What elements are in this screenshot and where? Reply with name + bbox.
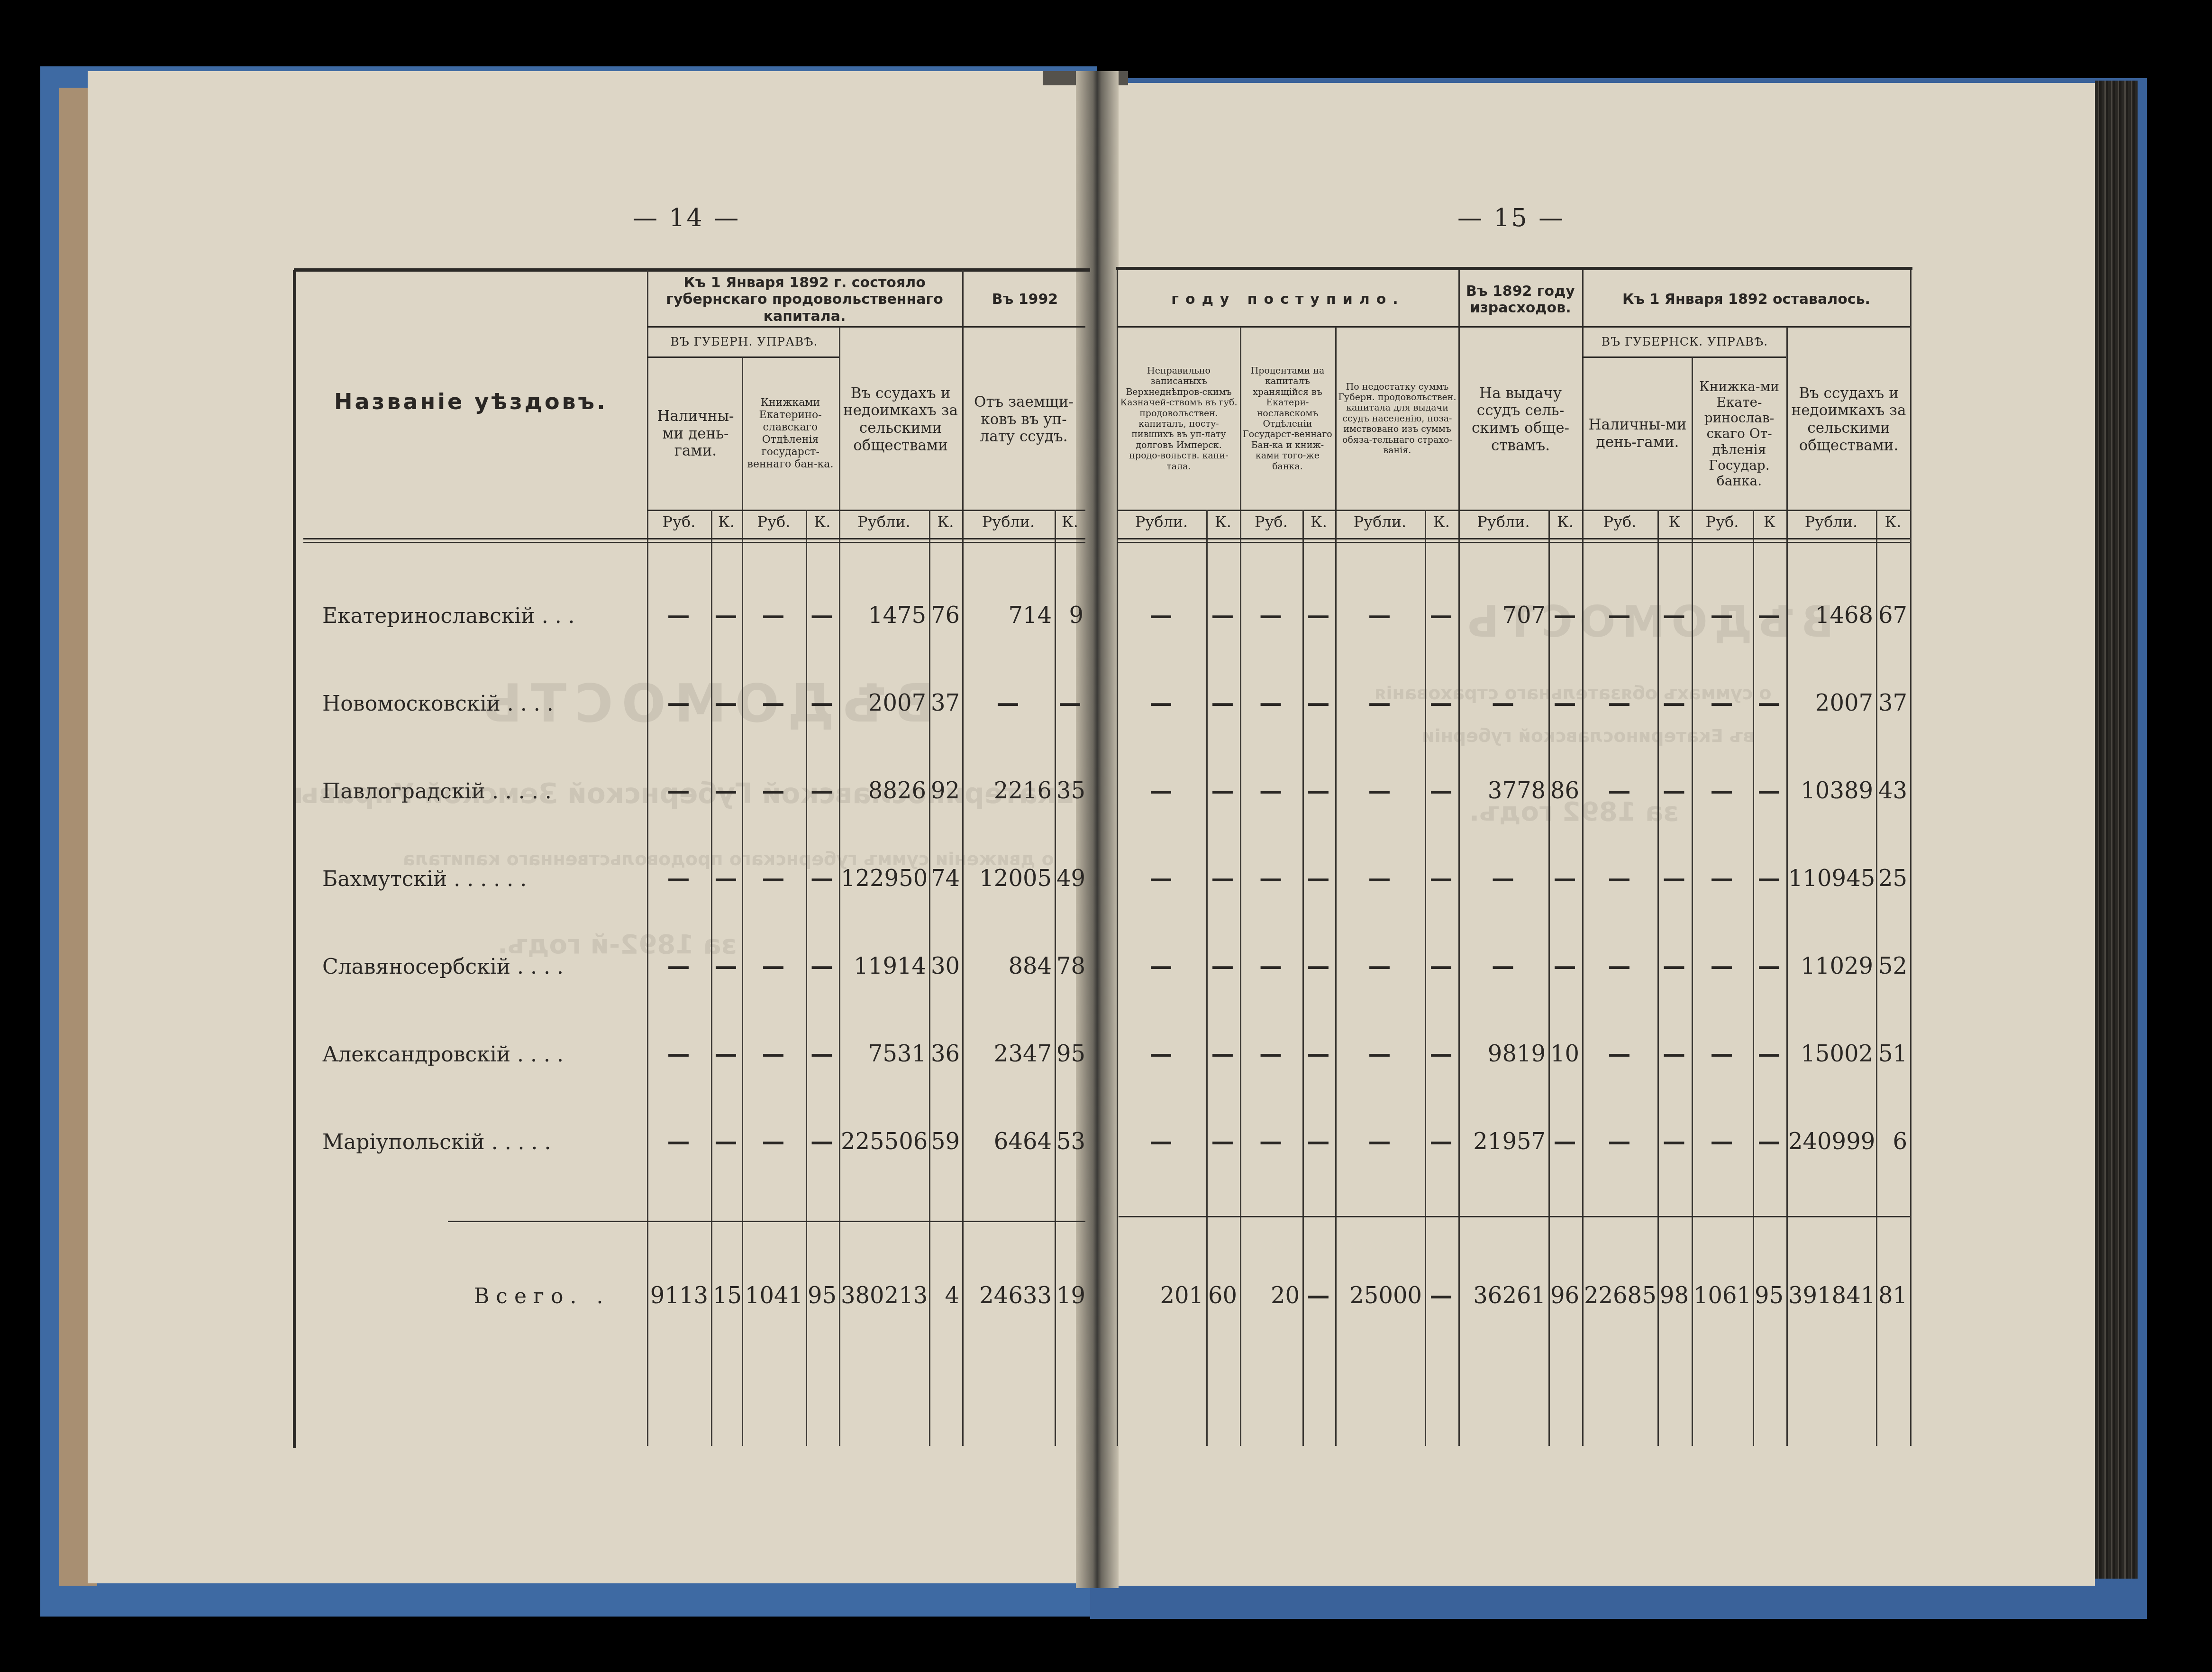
page-number-left: — 14 — bbox=[633, 204, 740, 232]
table-cell: 37 bbox=[931, 690, 959, 716]
table-cell: — bbox=[1427, 690, 1456, 716]
table-cell: — bbox=[1427, 777, 1456, 804]
rule bbox=[929, 510, 930, 1446]
table-cell: — bbox=[744, 602, 803, 629]
table-cell: — bbox=[1242, 602, 1300, 629]
table-cell: 21957 bbox=[1460, 1128, 1546, 1155]
table-cell: — bbox=[1208, 777, 1237, 804]
rule bbox=[647, 326, 1085, 328]
table-cell: — bbox=[808, 602, 836, 629]
table-cell: — bbox=[1119, 1041, 1203, 1067]
table-cell: — bbox=[713, 865, 739, 892]
total-cell: 98 bbox=[1659, 1282, 1689, 1309]
table-cell: — bbox=[1304, 1041, 1332, 1067]
table-cell: — bbox=[1242, 777, 1300, 804]
district-name: Екатеринославскій . . . bbox=[322, 604, 575, 628]
district-name: Александровскій . . . . bbox=[322, 1042, 564, 1067]
table-cell: 884 bbox=[964, 953, 1052, 979]
total-cell: 1061 bbox=[1693, 1282, 1750, 1309]
column-header-shortage: По недостатку суммъ Губерн. продовольств… bbox=[1338, 329, 1457, 508]
table-cell: — bbox=[1659, 690, 1689, 716]
rule bbox=[1117, 538, 1910, 539]
table-cell: 2347 bbox=[964, 1041, 1052, 1067]
table-cell: — bbox=[713, 1128, 739, 1155]
table-cell: — bbox=[1242, 865, 1300, 892]
column-header-district-name: Названіе уѣздовъ. bbox=[334, 389, 608, 414]
unit-label: К. bbox=[1206, 513, 1240, 531]
ghost-line3-right: въ Екатеринославской губерніи bbox=[1422, 725, 1755, 746]
subgroup-header-gov-board: ВЪ ГУБЕРН. УПРАВѢ. bbox=[649, 328, 839, 356]
table-cell: — bbox=[1242, 1041, 1300, 1067]
subgroup-header-gov-board: ВЪ ГУБЕРНСК. УПРАВѢ. bbox=[1584, 328, 1785, 356]
table-cell: 10 bbox=[1550, 1041, 1579, 1067]
total-cell: 19 bbox=[1056, 1282, 1083, 1309]
group-header-jan1-stock: Къ 1 Января 1892 г. состояло губернскаго… bbox=[649, 274, 960, 325]
table-cell: — bbox=[1119, 865, 1203, 892]
table-cell: — bbox=[649, 865, 708, 892]
district-name: Маріупольскій . . . . . bbox=[322, 1130, 551, 1154]
table-cell: — bbox=[1337, 690, 1422, 716]
unit-label: К bbox=[1657, 513, 1692, 531]
group-header-spent-1892: Въ 1892 году израсходов. bbox=[1461, 274, 1580, 325]
table-cell: 95 bbox=[1056, 1041, 1083, 1067]
table-cell: — bbox=[1242, 690, 1300, 716]
column-header-from-borrowers: Отъ заемщи-ковъ въ уп-лату ссудъ. bbox=[965, 332, 1083, 507]
column-header-issue-loans: На выдачу ссудъ сель-скимъ обще-ствамъ. bbox=[1461, 332, 1580, 507]
table-cell: 8826 bbox=[841, 777, 926, 804]
table-cell: — bbox=[744, 690, 803, 716]
table-cell: — bbox=[1242, 953, 1300, 979]
table-cell: — bbox=[1659, 1041, 1689, 1067]
table-cell: 76 bbox=[931, 602, 959, 629]
total-cell: 1041 bbox=[744, 1282, 803, 1309]
rule bbox=[647, 510, 1085, 511]
table-cell: — bbox=[1550, 953, 1579, 979]
table-cell: 92 bbox=[931, 777, 959, 804]
table-cell: — bbox=[1584, 602, 1655, 629]
total-cell: 24633 bbox=[964, 1282, 1052, 1309]
total-cell: 95 bbox=[1755, 1282, 1784, 1309]
table-cell: — bbox=[713, 777, 739, 804]
table-cell: — bbox=[1337, 777, 1422, 804]
table-cell: 10389 bbox=[1788, 777, 1873, 804]
table-cell: — bbox=[1584, 865, 1655, 892]
table-cell: — bbox=[1693, 953, 1750, 979]
rule bbox=[1206, 510, 1208, 1446]
table-cell: — bbox=[1693, 1041, 1750, 1067]
table-cell: — bbox=[1119, 602, 1203, 629]
total-cell: 96 bbox=[1550, 1282, 1579, 1309]
table-cell: — bbox=[713, 953, 739, 979]
total-cell: — bbox=[1427, 1282, 1456, 1309]
table-cell: — bbox=[1659, 865, 1689, 892]
table-cell: — bbox=[1584, 953, 1655, 979]
table-cell: — bbox=[1427, 953, 1456, 979]
table-cell: — bbox=[1755, 690, 1784, 716]
rule bbox=[294, 268, 1090, 272]
unit-label: Рубли. bbox=[1786, 513, 1876, 531]
table-cell: — bbox=[1304, 865, 1332, 892]
table-cell: 2007 bbox=[1788, 690, 1873, 716]
table-cell: 78 bbox=[1056, 953, 1083, 979]
table-cell: — bbox=[1304, 690, 1332, 716]
column-header-cash: Наличны-ми день-гами. bbox=[652, 360, 739, 507]
table-cell: — bbox=[1119, 690, 1203, 716]
unit-label: Руб. bbox=[1240, 513, 1302, 531]
unit-label: Руб. bbox=[1692, 513, 1753, 531]
table-cell: — bbox=[1584, 1128, 1655, 1155]
unit-label: К bbox=[1753, 513, 1786, 531]
unit-label: К. bbox=[711, 513, 742, 531]
total-cell: 380213 bbox=[841, 1282, 926, 1309]
table-cell: — bbox=[1208, 1128, 1237, 1155]
table-cell: 225506 bbox=[841, 1128, 926, 1155]
table-cell: — bbox=[1119, 777, 1203, 804]
rule bbox=[1910, 270, 1912, 1446]
table-cell: 59 bbox=[931, 1128, 959, 1155]
group-header-received-cont: году поступило. bbox=[1119, 274, 1457, 325]
table-cell: — bbox=[1337, 953, 1422, 979]
column-header-bank-books: Книжками Екатерино-славскаго Отдѣленія г… bbox=[744, 360, 837, 507]
table-cell: — bbox=[1693, 602, 1750, 629]
page-number-right: — 15 — bbox=[1457, 204, 1565, 232]
table-cell: — bbox=[1208, 865, 1237, 892]
table-cell: — bbox=[1460, 953, 1546, 979]
rule bbox=[962, 270, 964, 1446]
column-header-interest: Процентами на капиталъ хранящійся въ Ека… bbox=[1242, 329, 1333, 508]
table-cell: 7531 bbox=[841, 1041, 926, 1067]
rule bbox=[711, 510, 712, 1446]
table-cell: 74 bbox=[931, 865, 959, 892]
table-cell: — bbox=[1208, 602, 1237, 629]
rule bbox=[806, 510, 807, 1446]
table-cell: — bbox=[1693, 690, 1750, 716]
table-cell: — bbox=[1304, 953, 1332, 979]
table-cell: 110945 bbox=[1788, 865, 1873, 892]
column-header-loans-arrears: Въ ссудахъ и недоимкахъ за сельскими общ… bbox=[841, 332, 960, 507]
table-cell: — bbox=[1427, 1041, 1456, 1067]
table-cell: — bbox=[1337, 1041, 1422, 1067]
table-cell: — bbox=[964, 690, 1052, 716]
unit-label: К. bbox=[1548, 513, 1582, 531]
table-cell: — bbox=[1304, 1128, 1332, 1155]
table-cell: 1468 bbox=[1788, 602, 1873, 629]
group-header-jan1-remaining: Къ 1 Января 1892 оставалось. bbox=[1584, 274, 1909, 325]
rule bbox=[1117, 326, 1910, 328]
rule bbox=[293, 270, 296, 1448]
table-cell: — bbox=[744, 865, 803, 892]
unit-label: Рубли. bbox=[1335, 513, 1425, 531]
rule bbox=[1117, 542, 1910, 543]
rule bbox=[1753, 510, 1754, 1446]
table-cell: — bbox=[1427, 1128, 1456, 1155]
rule bbox=[1657, 510, 1659, 1446]
table-cell: — bbox=[808, 953, 836, 979]
table-cell: — bbox=[744, 953, 803, 979]
table-cell: — bbox=[744, 1041, 803, 1067]
table-cell: — bbox=[649, 602, 708, 629]
column-header-wrongly-recorded: Неправильно записаныхъ Верхнеднѣпров-ски… bbox=[1120, 329, 1238, 508]
table-cell: — bbox=[1659, 1128, 1689, 1155]
table-cell: 2216 bbox=[964, 777, 1052, 804]
total-cell: — bbox=[1304, 1282, 1332, 1309]
table-cell: 3778 bbox=[1460, 777, 1546, 804]
district-name: Павлоградскій . . . . . bbox=[322, 779, 552, 804]
table-cell: — bbox=[808, 865, 836, 892]
rule bbox=[1117, 270, 1118, 1446]
unit-label: К. bbox=[1425, 513, 1458, 531]
table-cell: — bbox=[1427, 865, 1456, 892]
table-cell: — bbox=[1337, 1128, 1422, 1155]
table-cell: — bbox=[1550, 1128, 1579, 1155]
table-cell: — bbox=[649, 1041, 708, 1067]
rule bbox=[1876, 510, 1877, 1446]
table-cell: — bbox=[1304, 777, 1332, 804]
unit-label: К. bbox=[1055, 513, 1085, 531]
table-cell: 2007 bbox=[841, 690, 926, 716]
table-cell: — bbox=[1550, 602, 1579, 629]
table-cell: — bbox=[713, 1041, 739, 1067]
table-cell: — bbox=[1755, 865, 1784, 892]
total-label: Всего. . bbox=[474, 1284, 610, 1308]
table-cell: 9 bbox=[1056, 602, 1083, 629]
table-cell: 12005 bbox=[964, 865, 1052, 892]
table-cell: — bbox=[1693, 777, 1750, 804]
table-cell: 67 bbox=[1878, 602, 1907, 629]
table-cell: — bbox=[649, 777, 708, 804]
table-cell: 36 bbox=[931, 1041, 959, 1067]
table-cell: — bbox=[1208, 1041, 1237, 1067]
table-cell: — bbox=[1755, 1128, 1784, 1155]
table-cell: — bbox=[1208, 953, 1237, 979]
table-cell: — bbox=[1659, 602, 1689, 629]
table-cell: — bbox=[1208, 690, 1237, 716]
rule bbox=[1582, 270, 1584, 1446]
rule bbox=[303, 538, 1085, 539]
table-cell: 15002 bbox=[1788, 1041, 1873, 1067]
table-cell: 35 bbox=[1056, 777, 1083, 804]
table-cell: — bbox=[1755, 777, 1784, 804]
table-cell: 52 bbox=[1878, 953, 1907, 979]
table-cell: — bbox=[1337, 865, 1422, 892]
table-cell: 122950 bbox=[841, 865, 926, 892]
total-cell: 15 bbox=[713, 1282, 739, 1309]
table-cell: 6 bbox=[1878, 1128, 1907, 1155]
total-cell: 60 bbox=[1208, 1282, 1237, 1309]
table-cell: — bbox=[1304, 602, 1332, 629]
rule bbox=[1302, 510, 1304, 1446]
table-cell: 25 bbox=[1878, 865, 1907, 892]
unit-label: К. bbox=[1876, 513, 1910, 531]
table-cell: — bbox=[1693, 865, 1750, 892]
total-cell: 81 bbox=[1878, 1282, 1907, 1309]
unit-label: Руб. bbox=[647, 513, 711, 531]
table-cell: — bbox=[1056, 690, 1083, 716]
table-cell: 11029 bbox=[1788, 953, 1873, 979]
table-cell: 43 bbox=[1878, 777, 1907, 804]
district-name: Славяносербскій . . . . bbox=[322, 955, 564, 979]
unit-label: Рубли. bbox=[962, 513, 1055, 531]
unit-label: Руб. bbox=[1582, 513, 1657, 531]
district-name: Новомосковскій . . . . bbox=[322, 692, 554, 716]
table-cell: 51 bbox=[1878, 1041, 1907, 1067]
table-cell: 49 bbox=[1056, 865, 1083, 892]
rule bbox=[1116, 267, 1912, 270]
table-cell: — bbox=[808, 777, 836, 804]
page-block-edge bbox=[2095, 81, 2138, 1579]
table-cell: — bbox=[1550, 865, 1579, 892]
table-cell: — bbox=[1242, 1128, 1300, 1155]
table-cell: — bbox=[1584, 1041, 1655, 1067]
total-cell: 36261 bbox=[1460, 1282, 1546, 1309]
total-cell: 25000 bbox=[1337, 1282, 1422, 1309]
total-cell: 4 bbox=[931, 1282, 959, 1309]
column-header-loans-arrears: Въ ссудахъ и недоимкахъ за сельскими общ… bbox=[1788, 332, 1909, 507]
total-cell: 95 bbox=[808, 1282, 836, 1309]
table-cell: — bbox=[1693, 1128, 1750, 1155]
table-cell: — bbox=[808, 690, 836, 716]
table-cell: — bbox=[649, 690, 708, 716]
table-cell: 6464 bbox=[964, 1128, 1052, 1155]
table-cell: 240999 bbox=[1788, 1128, 1873, 1155]
column-header-cash: Наличны-ми день-гами. bbox=[1585, 360, 1690, 507]
table-cell: — bbox=[744, 1128, 803, 1155]
table-cell: 37 bbox=[1878, 690, 1907, 716]
unit-label: К. bbox=[1302, 513, 1335, 531]
rule bbox=[647, 270, 648, 1446]
total-cell: 9113 bbox=[649, 1282, 708, 1309]
total-cell: 201 bbox=[1119, 1282, 1203, 1309]
table-cell: 53 bbox=[1056, 1128, 1083, 1155]
table-cell: — bbox=[1659, 777, 1689, 804]
table-cell: — bbox=[808, 1041, 836, 1067]
table-cell: — bbox=[1755, 953, 1784, 979]
table-cell: — bbox=[1659, 953, 1689, 979]
table-cell: — bbox=[1550, 690, 1579, 716]
rule bbox=[1458, 270, 1460, 1446]
table-cell: — bbox=[1755, 1041, 1784, 1067]
rule bbox=[1117, 510, 1910, 511]
rule bbox=[448, 1221, 1085, 1222]
district-name: Бахмутскій . . . . . . bbox=[322, 867, 527, 891]
table-cell: 714 bbox=[964, 602, 1052, 629]
rule bbox=[1582, 356, 1786, 358]
total-cell: 20 bbox=[1242, 1282, 1300, 1309]
table-cell: — bbox=[1460, 690, 1546, 716]
table-cell: — bbox=[1337, 602, 1422, 629]
table-cell: — bbox=[744, 777, 803, 804]
table-cell: — bbox=[1755, 602, 1784, 629]
table-cell: — bbox=[649, 953, 708, 979]
rule bbox=[1548, 510, 1550, 1446]
total-cell: 391841 bbox=[1788, 1282, 1873, 1309]
unit-label: Руб. bbox=[742, 513, 806, 531]
group-header-in-1892: Въ 1992 bbox=[965, 274, 1085, 325]
rule bbox=[303, 542, 1085, 543]
rule bbox=[839, 327, 840, 1446]
unit-label: К. bbox=[929, 513, 962, 531]
table-cell: 30 bbox=[931, 953, 959, 979]
table-cell: — bbox=[1584, 777, 1655, 804]
table-cell: — bbox=[649, 1128, 708, 1155]
table-cell: 707 bbox=[1460, 602, 1546, 629]
table-cell: 11914 bbox=[841, 953, 926, 979]
unit-label: Рубли. bbox=[1117, 513, 1206, 531]
total-cell: 22685 bbox=[1584, 1282, 1655, 1309]
table-cell: — bbox=[1119, 1128, 1203, 1155]
table-cell: — bbox=[1460, 865, 1546, 892]
rule bbox=[1119, 1216, 1910, 1217]
unit-label: Рубли. bbox=[839, 513, 929, 531]
table-cell: — bbox=[713, 602, 739, 629]
rule bbox=[1786, 327, 1788, 1446]
table-cell: 1475 bbox=[841, 602, 926, 629]
table-cell: — bbox=[1427, 602, 1456, 629]
table-cell: 9819 bbox=[1460, 1041, 1546, 1067]
table-cell: — bbox=[1584, 690, 1655, 716]
table-cell: — bbox=[1119, 953, 1203, 979]
rule bbox=[1425, 510, 1426, 1446]
table-cell: — bbox=[713, 690, 739, 716]
rule bbox=[1055, 510, 1056, 1446]
unit-label: Рубли. bbox=[1458, 513, 1548, 531]
column-header-bank-books: Книжка-ми Екате-ринослав-скаго От-дѣлені… bbox=[1693, 360, 1785, 507]
table-cell: 86 bbox=[1550, 777, 1579, 804]
rule bbox=[1240, 327, 1241, 1446]
rule bbox=[1335, 327, 1337, 1446]
unit-label: К. bbox=[806, 513, 839, 531]
table-cell: — bbox=[808, 1128, 836, 1155]
